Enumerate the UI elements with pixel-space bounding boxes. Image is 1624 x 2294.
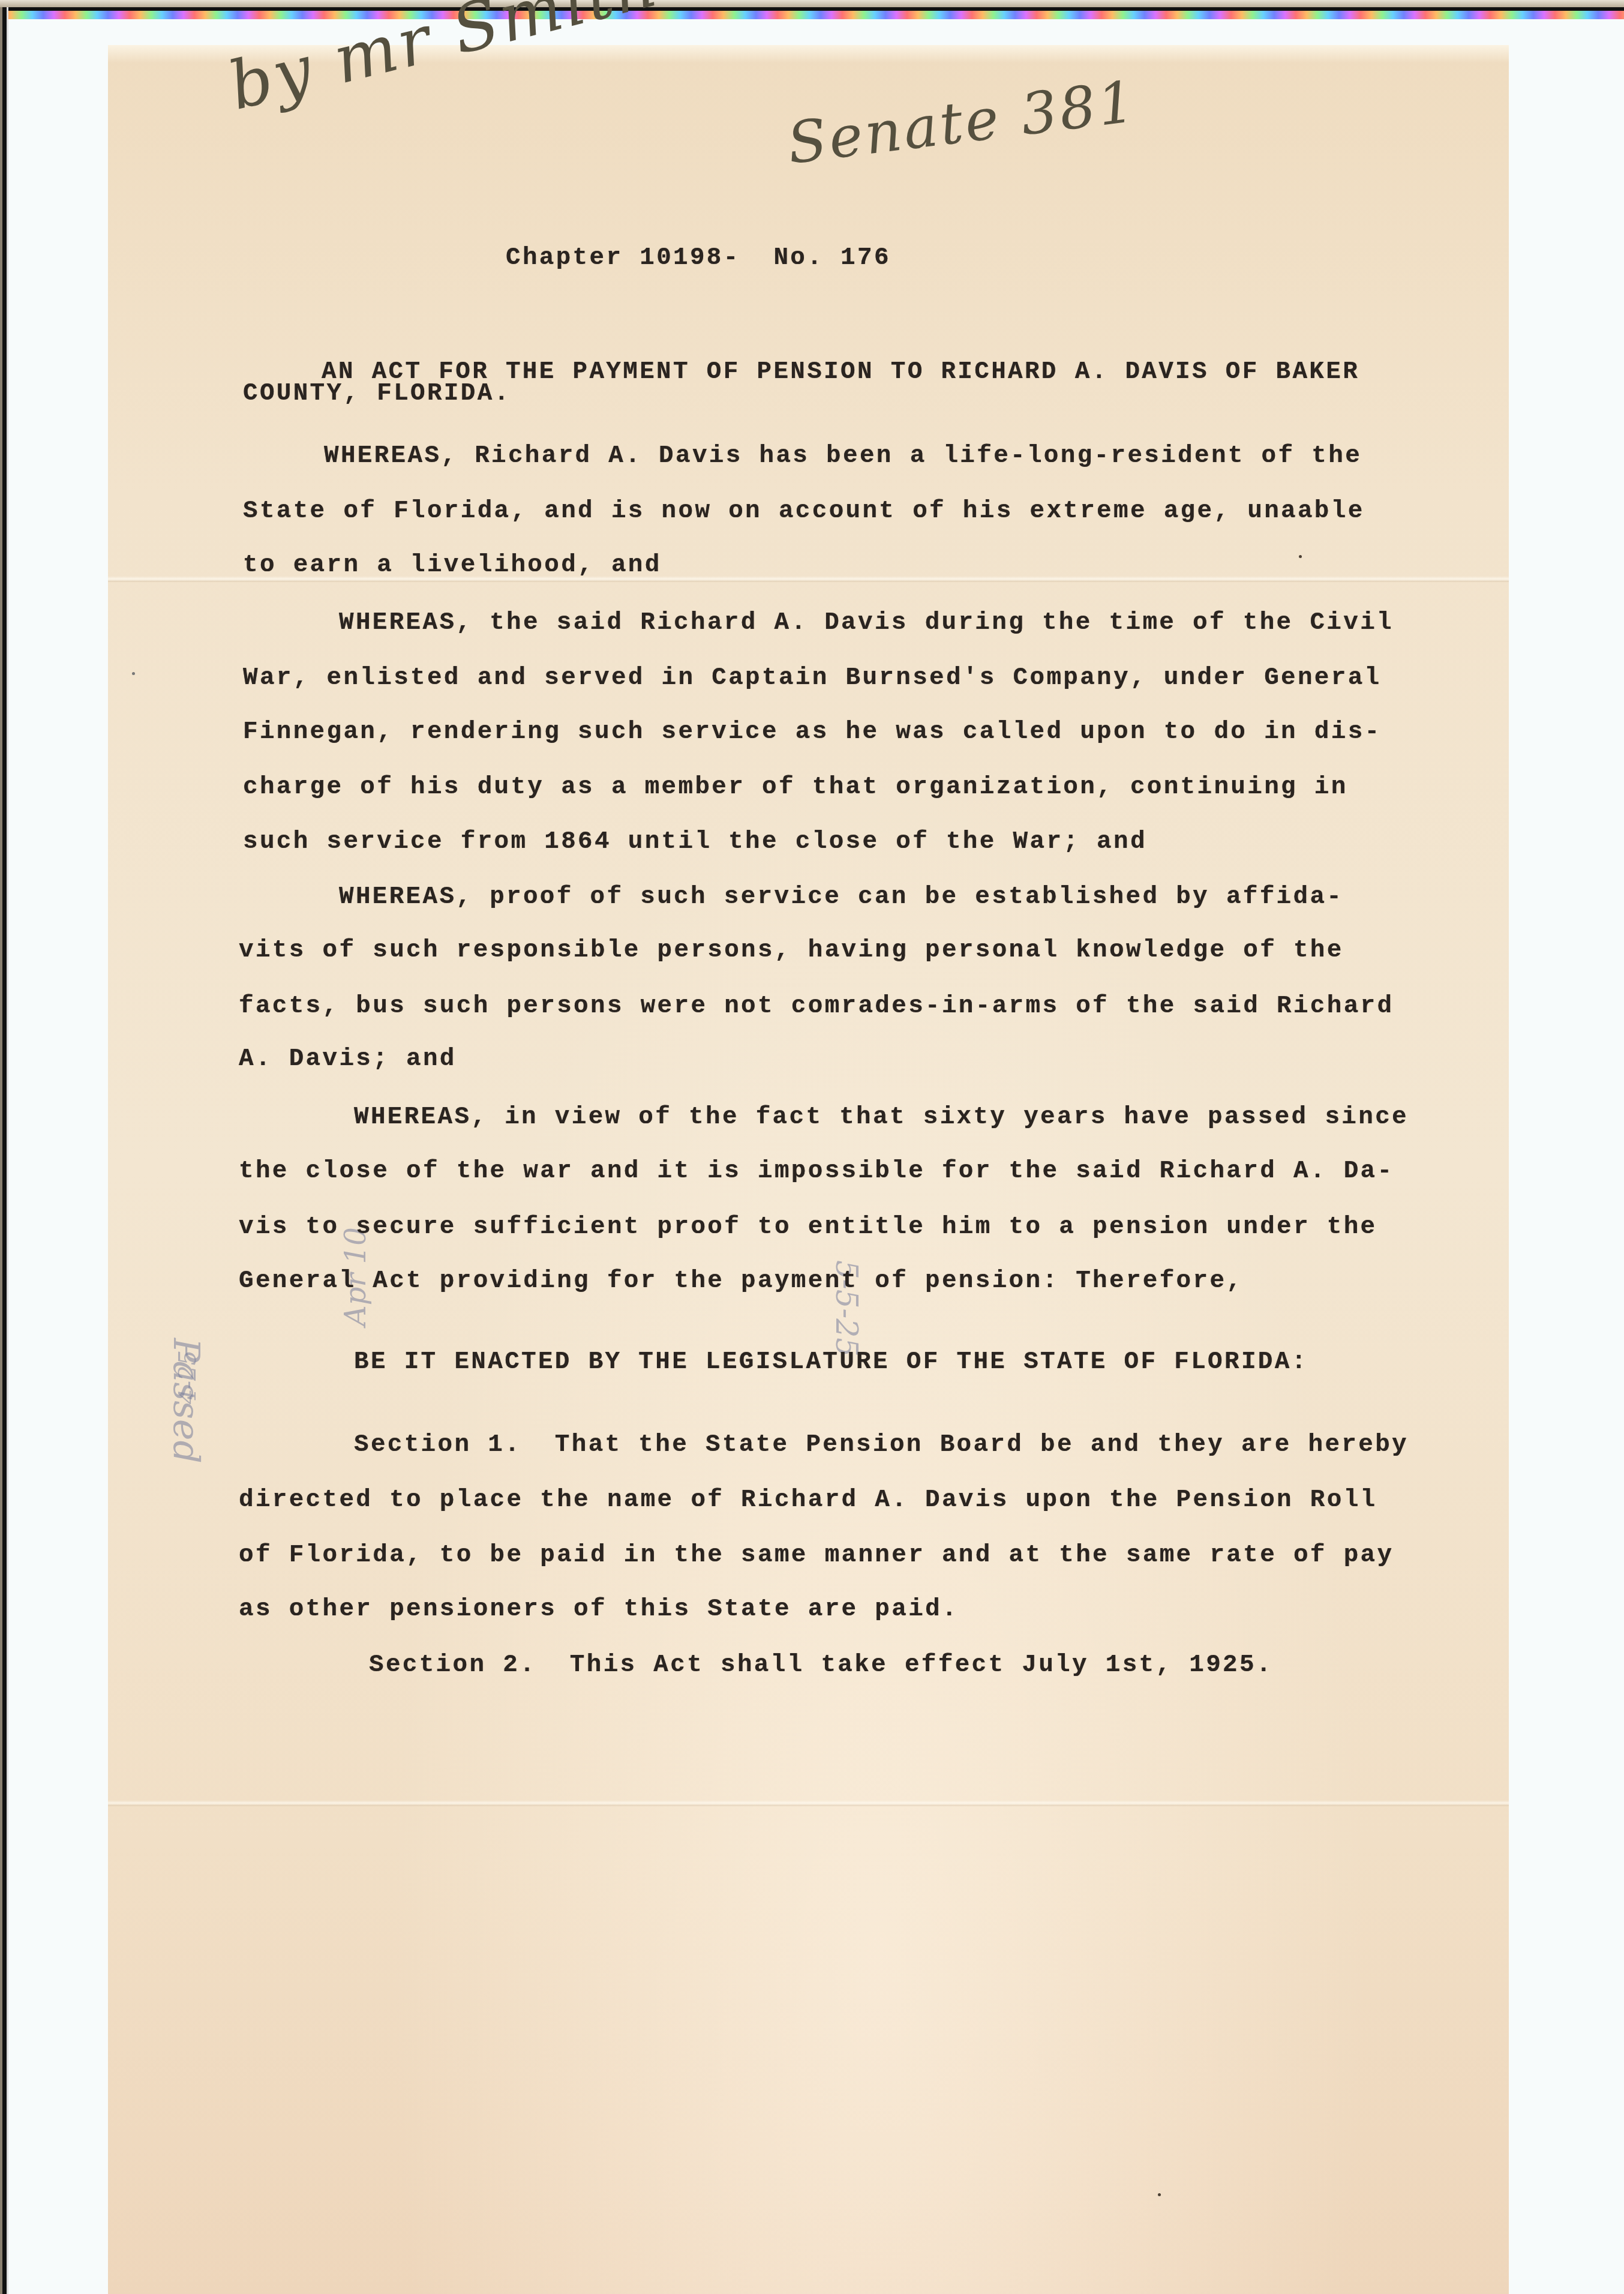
preamble-line: such service from 1864 until the close o… [243,830,1147,854]
scanner-color-strip [0,11,1624,19]
section-line: directed to place the name of Richard A.… [239,1488,1377,1513]
section-line: of Florida, to be paid in the same manne… [239,1543,1394,1568]
act-title-line: COUNTY, FLORIDA. [243,382,511,406]
preamble-line: WHEREAS, proof of such service can be es… [339,885,1343,910]
preamble-line: A. Davis; and [239,1047,457,1072]
preamble-line: vis to secure sufficient proof to entitl… [239,1215,1377,1240]
preamble-line: War, enlisted and served in Captain Burn… [243,666,1381,691]
preamble-line: facts, bus such persons were not comrade… [239,994,1394,1019]
enacting-clause: BE IT ENACTED BY THE LEGISLATURE OF THE … [354,1350,1308,1375]
paper-speck [1158,2193,1161,2196]
paper-speck [1299,555,1302,558]
preamble-line: to earn a livelihood, and [243,553,662,578]
preamble-line: Finnegan, rendering such service as he w… [243,720,1381,745]
preamble-line: vits of such responsible persons, having… [239,938,1344,963]
preamble-line: WHEREAS, in view of the fact that sixty … [354,1105,1409,1130]
preamble-line: WHEREAS, the said Richard A. Davis durin… [339,611,1394,635]
paper-speck [132,672,135,675]
fold-crease-lower [108,1800,1509,1806]
scanner-left-edge [0,7,8,2294]
chapter-heading: Chapter 10198- No. 176 [506,246,891,271]
preamble-line: WHEREAS, Richard A. Davis has been a lif… [324,444,1362,469]
section-line: Section 1. That the State Pension Board … [354,1433,1409,1458]
scanner-top-edge [0,0,1624,7]
preamble-line: charge of his duty as a member of that o… [243,775,1348,800]
preamble-line: General Act providing for the payment of… [239,1269,1243,1294]
section-line: Section 2. This Act shall take effect Ju… [369,1653,1273,1678]
preamble-line: State of Florida, and is now on account … [243,499,1365,524]
pencil-margin-note: 4-25 [174,1350,202,1404]
preamble-line: the close of the war and it is impossibl… [239,1159,1394,1184]
section-line: as other pensioners of this State are pa… [239,1597,959,1622]
